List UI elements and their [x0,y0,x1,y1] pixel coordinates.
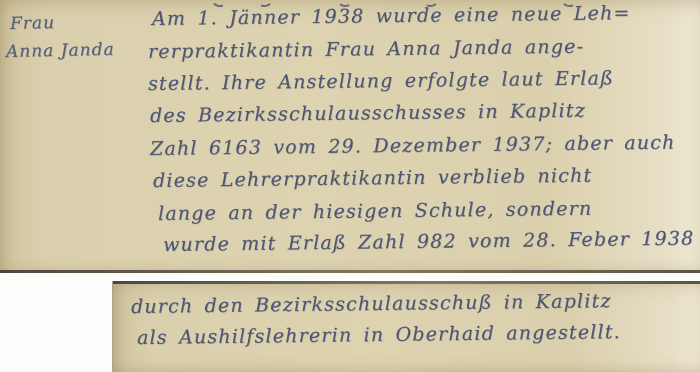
paper-edge-shadow [0,270,700,273]
handwritten-line: Zahl 6163 vom 29. Dezember 1937; aber au… [150,132,676,160]
handwritten-line: rerpraktikantin Frau Anna Janda ange- [148,36,584,63]
handwritten-line: stellt. Ihre Anstellung erfolgte laut Er… [148,67,614,95]
margin-note-name: Anna Janda [6,40,115,62]
paper-edge-shadow [113,281,700,284]
handwritten-line: als Aushilfslehrerin in Oberhaid angeste… [137,321,621,349]
handwritten-line: Am 1. Jänner 1938 wurde eine neue Leh= [152,2,631,30]
handwritten-line: wurde mit Erlaß Zahl 982 vom 28. Feber 1… [163,228,695,256]
handwritten-line: diese Lehrerpraktikantin verblieb nicht [153,165,593,192]
paper-strip-upper: Frau Anna Janda Am 1. Jänner 1938 wurde … [0,0,700,273]
paper-strip-lower: durch den Bezirksschulausschuß in Kaplit… [112,281,700,372]
margin-note-title: Frau [10,13,55,34]
handwritten-line: durch den Bezirksschulausschuß in Kaplit… [131,290,612,318]
scanned-document-page: Frau Anna Janda Am 1. Jänner 1938 wurde … [0,0,700,372]
handwritten-line: des Bezirksschulausschusses in Kaplitz [150,100,586,127]
handwritten-line: lange an der hiesigen Schule, sondern [158,198,593,225]
